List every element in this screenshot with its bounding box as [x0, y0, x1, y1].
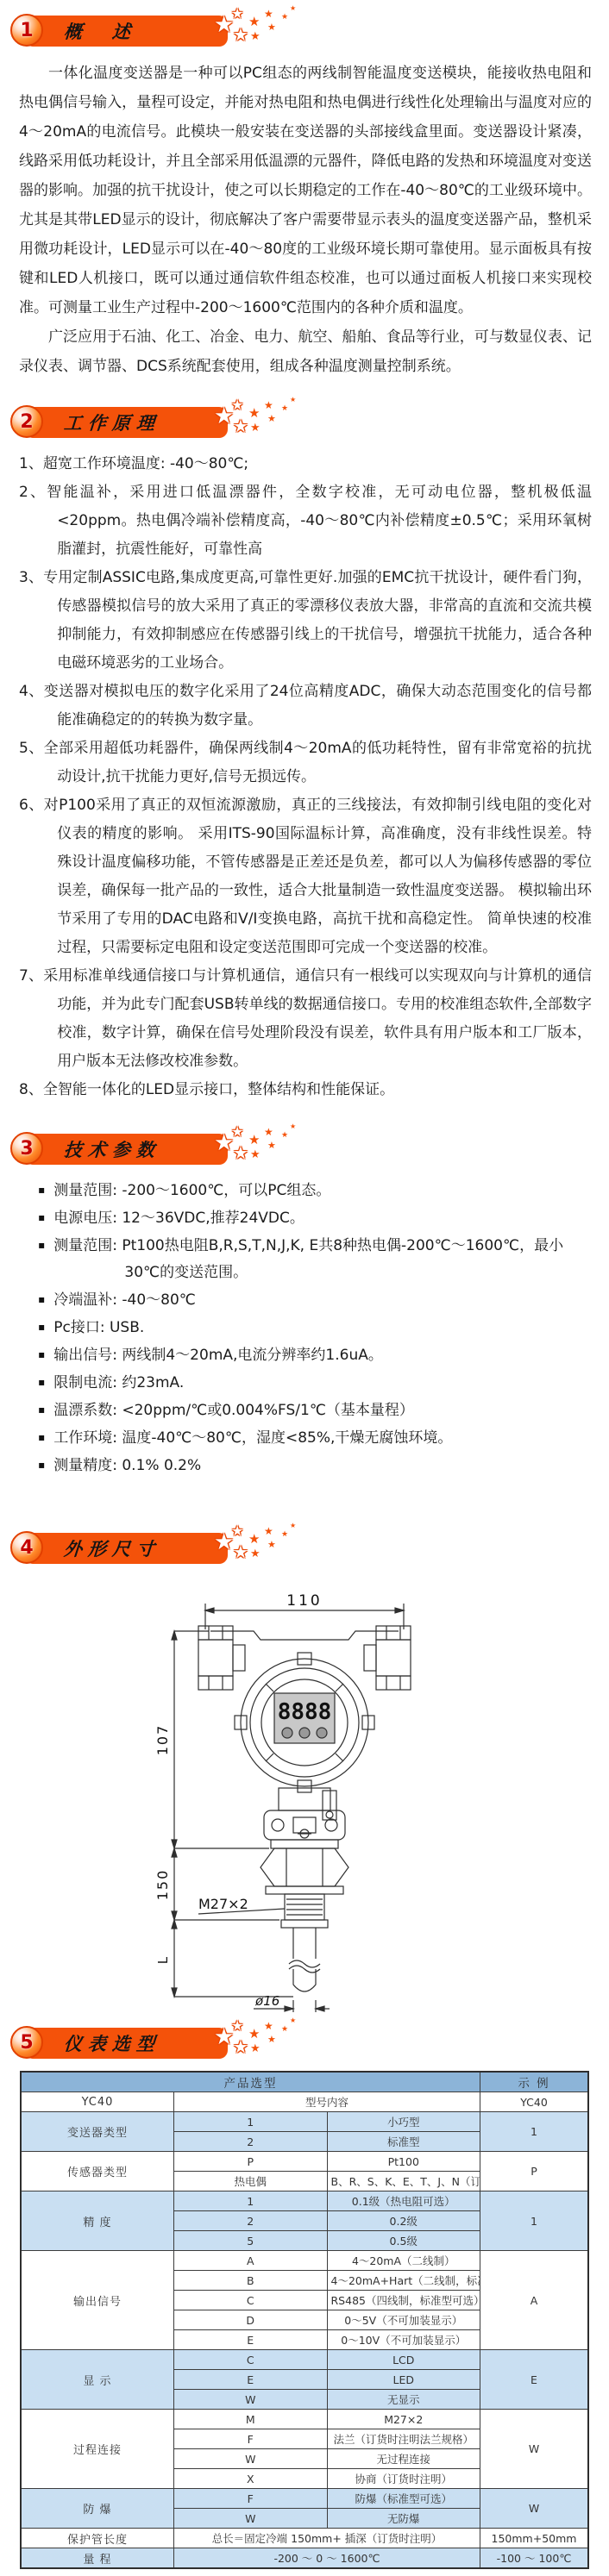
- option-code: P: [174, 2152, 328, 2172]
- selection-table: 产品选型示 例YC40型号内容YC40变送器类型1小巧型12标准型传感器类型PP…: [20, 2071, 589, 2569]
- group-example: W: [480, 2410, 589, 2489]
- group-example: P: [480, 2152, 589, 2191]
- model-content-header: 型号内容: [174, 2092, 480, 2112]
- option-code: B: [174, 2271, 328, 2291]
- option-description: 无防爆: [327, 2509, 480, 2529]
- stars-decoration-icon: ★★★ ★★★ ★★★: [214, 1123, 335, 1172]
- probe-diameter-label: ø16: [254, 1993, 279, 2009]
- section-number-badge: 4: [10, 1531, 43, 1564]
- dim-mid-height-label: 150: [154, 1869, 171, 1901]
- option-description: 0.1级（热电阻可选）: [327, 2191, 480, 2211]
- section-header-overview: 1 概 述 ★★★ ★★★ ★★★: [10, 12, 609, 50]
- option-code: 5: [174, 2231, 328, 2251]
- option-description: Pt100: [327, 2152, 480, 2172]
- row-content: 总长＝固定冷端 150mm+ 插深（订货时注明）: [174, 2529, 480, 2548]
- section-number-badge: 3: [10, 1132, 43, 1165]
- tech-param-item: 冷端温补: -40～80℃: [19, 1286, 592, 1314]
- section-number-badge: 2: [10, 405, 43, 438]
- option-description: 4～20mA（二线制）: [327, 2251, 480, 2271]
- section-title-bar: 外形尺寸: [28, 1533, 228, 1564]
- option-code: F: [174, 2489, 328, 2509]
- option-description: RS485（四线制，标准型可选）: [327, 2291, 480, 2310]
- option-description: 防爆（标准型可选）: [327, 2489, 480, 2509]
- section-title: 仪表选型: [63, 2030, 161, 2056]
- option-description: LCD: [327, 2350, 480, 2370]
- tech-param-item: 限制电流: 约23mA.: [19, 1369, 592, 1397]
- table-row: 过程连接MM27×2W: [21, 2410, 588, 2429]
- section-header-principle: 2 工作原理 ★★★ ★★★ ★★★: [10, 403, 609, 441]
- section-title: 概 述: [63, 18, 137, 44]
- thread-spec-label: M27×2: [198, 1896, 248, 1912]
- option-description: 0～10V（不可加装显示）: [327, 2330, 480, 2350]
- group-label: 防 爆: [21, 2489, 174, 2529]
- dim-head-height-label: 107: [154, 1724, 171, 1756]
- section-header-dimensions: 4 外形尺寸 ★★★ ★★★ ★★★: [10, 1529, 609, 1567]
- tech-param-item: 工作环境: 温度-40℃～80℃，湿度<85%,干燥无腐蚀环境。: [19, 1424, 592, 1452]
- group-example: A: [480, 2251, 589, 2350]
- table-row: 输出信号A4～20mA（二线制）A: [21, 2251, 588, 2271]
- section-title-bar: 工作原理: [28, 407, 228, 438]
- section-title: 技术参数: [63, 1136, 161, 1162]
- principle-item: 8、全智能一体化的LED显示接口，整体结构和性能保证。: [19, 1076, 592, 1104]
- principle-item: 6、对P100采用了真正的双恒流源激励，真正的三线接法，有效抑制引线电阻的变化对…: [19, 791, 592, 962]
- table-row: 防 爆F防爆（标准型可选）W: [21, 2489, 588, 2509]
- group-label: 过程连接: [21, 2410, 174, 2489]
- tech-param-item: 测量范围: -200～1600℃，可以PC组态。: [19, 1177, 592, 1204]
- table-row: 传感器类型PPt100P: [21, 2152, 588, 2172]
- principle-item: 2、智能温补，采用进口低温漂器件，全数字校准，无可动电位器，整机极低温 <20p…: [19, 478, 592, 564]
- option-code: X: [174, 2469, 328, 2489]
- model-row: YC40型号内容YC40: [21, 2092, 588, 2112]
- option-description: LED: [327, 2370, 480, 2390]
- table-row: 精 度10.1级（热电阻可选）1: [21, 2191, 588, 2211]
- dim-insert-length-label: L: [155, 1956, 171, 1964]
- section-title-bar: 仪表选型: [28, 2028, 228, 2059]
- principle-list: 1、超宽工作环境温度: -40～80℃;2、智能温补，采用进口低温漂器件，全数字…: [0, 450, 609, 1104]
- row-example: 150mm+50mm: [480, 2529, 589, 2548]
- stars-decoration-icon: ★★★ ★★★ ★★★: [214, 2017, 335, 2066]
- option-code: E: [174, 2370, 328, 2390]
- option-description: 无显示: [327, 2390, 480, 2410]
- option-code: 1: [174, 2191, 328, 2211]
- section-title: 工作原理: [63, 410, 161, 435]
- section-header-selection: 5 仪表选型 ★★★ ★★★ ★★★: [10, 2024, 609, 2062]
- tech-param-item: 温漂系数: <20ppm/℃或0.004%FS/1℃（基本量程）: [19, 1397, 592, 1424]
- row-example: -100 ～ 100℃: [480, 2548, 589, 2569]
- section-title: 外形尺寸: [63, 1535, 161, 1561]
- tech-param-item: 输出信号: 两线制4～20mA,电流分辨率约1.6uA。: [19, 1341, 592, 1369]
- option-code: C: [174, 2291, 328, 2310]
- overview-paragraph: 广泛应用于石油、化工、冶金、电力、航空、船舶、食品等行业，可与数显仪表、记录仪表…: [19, 322, 592, 381]
- group-example: E: [480, 2350, 589, 2410]
- overview-paragraph: 一体化温度变送器是一种可以PC组态的两线制智能温度变送模块，能接收热电阻和热电偶…: [19, 59, 592, 322]
- stars-decoration-icon: ★★★ ★★★ ★★★: [214, 5, 335, 53]
- group-label: 传感器类型: [21, 2152, 174, 2191]
- group-label: 精 度: [21, 2191, 174, 2251]
- table-row: 显 示CLCDE: [21, 2350, 588, 2370]
- principle-item: 7、采用标准单线通信接口与计算机通信，通信只有一根线可以实现双向与计算机的通信功…: [19, 962, 592, 1076]
- table-row: 保护管长度总长＝固定冷端 150mm+ 插深（订货时注明）150mm+50mm: [21, 2529, 588, 2548]
- stars-decoration-icon: ★★★ ★★★ ★★★: [214, 397, 335, 445]
- group-label: 输出信号: [21, 2251, 174, 2350]
- transmitter-outline-drawing: 110 107 150 L M27×2 ø16 8888: [102, 1591, 507, 2019]
- section-title-bar: 概 述: [28, 16, 228, 47]
- group-example: 1: [480, 2112, 589, 2152]
- example-header: 示 例: [480, 2072, 589, 2092]
- tech-param-item: Pc接口: USB.: [19, 1314, 592, 1341]
- group-example: 1: [480, 2191, 589, 2251]
- option-code: A: [174, 2251, 328, 2271]
- section-header-tech-params: 3 技术参数 ★★★ ★★★ ★★★: [10, 1130, 609, 1168]
- option-description: 0.2级: [327, 2211, 480, 2231]
- overview-body: 一体化温度变送器是一种可以PC组态的两线制智能温度变送模块，能接收热电阻和热电偶…: [0, 59, 609, 381]
- model-code: YC40: [21, 2092, 174, 2112]
- option-code: W: [174, 2509, 328, 2529]
- option-code: D: [174, 2310, 328, 2330]
- section-number-badge: 5: [10, 2026, 43, 2059]
- product-selection-header: 产品选型: [21, 2072, 480, 2092]
- principle-item: 3、专用定制ASSIC电路,集成度更高,可靠性更好.加强的EMC抗干扰设计，硬件…: [19, 564, 592, 678]
- option-description: M27×2: [327, 2410, 480, 2429]
- option-code: E: [174, 2330, 328, 2350]
- group-label: 显 示: [21, 2350, 174, 2410]
- option-code: W: [174, 2449, 328, 2469]
- option-description: 小巧型: [327, 2112, 480, 2132]
- principle-item: 1、超宽工作环境温度: -40～80℃;: [19, 450, 592, 478]
- dimension-drawing: 110 107 150 L M27×2 ø16 8888: [0, 1591, 609, 2019]
- table-header-row: 产品选型示 例: [21, 2072, 588, 2092]
- option-code: F: [174, 2429, 328, 2449]
- option-code: 1: [174, 2112, 328, 2132]
- tech-param-item: 测量范围: Pt100热电阻B,R,S,T,N,J,K, E共8种热电偶-200…: [19, 1232, 592, 1286]
- model-example: YC40: [480, 2092, 589, 2112]
- option-description: 无过程连接: [327, 2449, 480, 2469]
- table-row: 量 程-200 ～ 0 ～ 1600℃-100 ～ 100℃: [21, 2548, 588, 2569]
- datasheet-page: 1 概 述 ★★★ ★★★ ★★★ 一体化温度变送器是一种可以PC组态的两线制智…: [0, 0, 609, 2576]
- section-title-bar: 技术参数: [28, 1134, 228, 1165]
- option-code: M: [174, 2410, 328, 2429]
- option-code: 2: [174, 2211, 328, 2231]
- option-description: 4～20mA+Hart（二线制，标准型可选）: [327, 2271, 480, 2291]
- group-label: 变送器类型: [21, 2112, 174, 2152]
- stars-decoration-icon: ★★★ ★★★ ★★★: [214, 1522, 335, 1571]
- option-description: 标准型: [327, 2132, 480, 2152]
- option-code: W: [174, 2390, 328, 2410]
- option-description: B、R、S、K、E、T、J、N（订货时注明）: [327, 2172, 480, 2191]
- row-label: 量 程: [21, 2548, 174, 2569]
- tech-param-item: 测量精度: 0.1% 0.2%: [19, 1452, 592, 1479]
- section-number-badge: 1: [10, 14, 43, 47]
- led-display-digits: 8888: [278, 1699, 332, 1725]
- group-example: W: [480, 2489, 589, 2529]
- table-row: 变送器类型1小巧型1: [21, 2112, 588, 2132]
- selection-table-body: 产品选型示 例YC40型号内容YC40变送器类型1小巧型12标准型传感器类型PP…: [21, 2072, 588, 2568]
- option-code: 热电偶: [174, 2172, 328, 2191]
- tech-params-list: 测量范围: -200～1600℃，可以PC组态。电源电压: 12～36VDC,推…: [0, 1177, 609, 1479]
- dim-width-label: 110: [286, 1592, 322, 1610]
- row-label: 保护管长度: [21, 2529, 174, 2548]
- option-code: 2: [174, 2132, 328, 2152]
- row-content: -200 ～ 0 ～ 1600℃: [174, 2548, 480, 2569]
- principle-item: 4、变送器对模拟电压的数字化采用了24位高精度ADC，确保大动态范围变化的信号都…: [19, 678, 592, 735]
- principle-item: 5、全部采用超低功耗器件，确保两线制4～20mA的低功耗特性，留有非常宽裕的抗扰…: [19, 735, 592, 791]
- option-code: C: [174, 2350, 328, 2370]
- option-description: 协商（订货时注明）: [327, 2469, 480, 2489]
- option-description: 0.5级: [327, 2231, 480, 2251]
- option-description: 0～5V（不可加装显示）: [327, 2310, 480, 2330]
- option-description: 法兰（订货时注明法兰规格）: [327, 2429, 480, 2449]
- tech-param-item: 电源电压: 12～36VDC,推荐24VDC。: [19, 1204, 592, 1232]
